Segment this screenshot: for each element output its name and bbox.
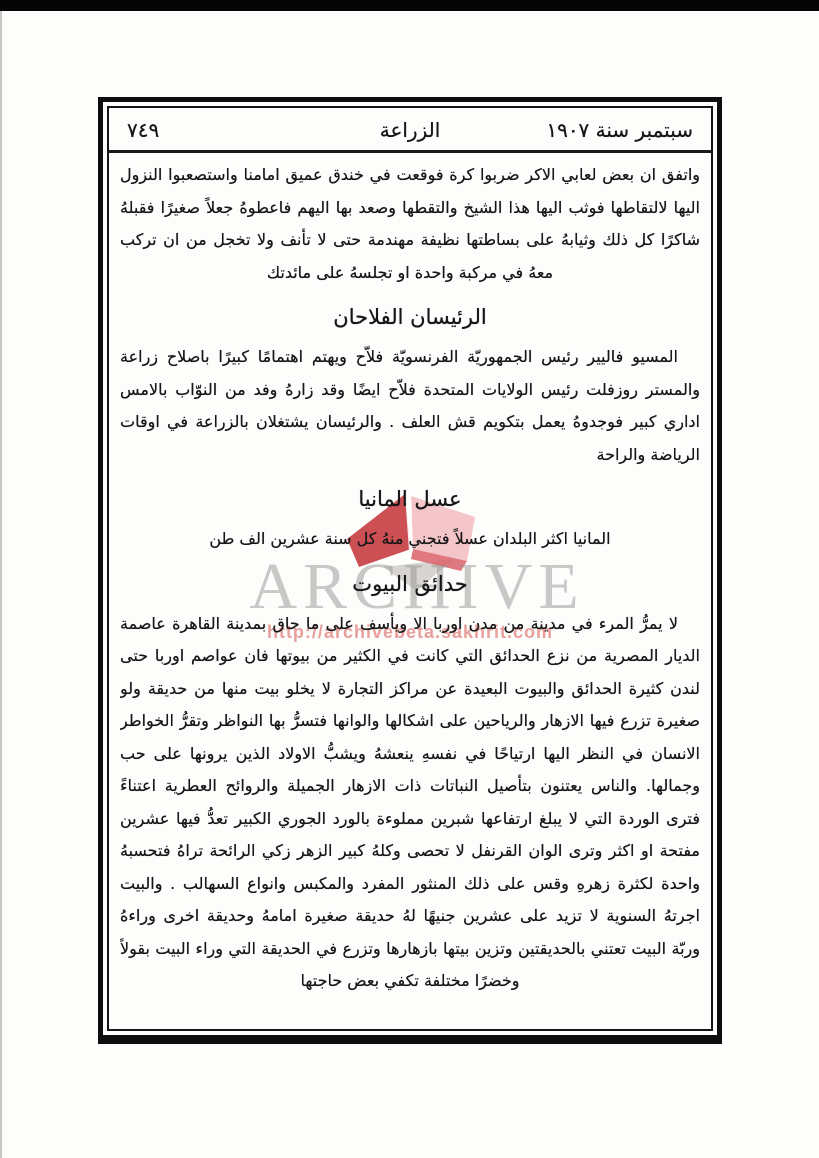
text-line: وربّة البيت تعتني بالحديقتين وتزين بيتها… (120, 933, 700, 966)
text-line: المانيا اكثر البلدان عسلاً فتجني منهُ كل… (120, 523, 700, 556)
text-line: لا يمرُّ المرء في مدينة من مدن اوربا الا… (120, 608, 700, 641)
text-line: الديار المصرية من نزع الحدائق التي كانت … (120, 640, 700, 673)
page-body: واتفق ان بعض لعابي الاكر ضربوا كرة فوقعت… (109, 153, 711, 998)
scanned-page: ARCHIVE http://archivebeta.sakhrit.com س… (0, 0, 819, 1158)
text-line: والمستر روزفلت رئيس الولايات المتحدة فلا… (120, 374, 700, 407)
text-line: وخضرًا مختلفة تكفي بعض حاجتها (120, 965, 700, 998)
text-line: اليها لالتقاطها فوثب اليها هذا الشيخ وال… (120, 192, 700, 225)
text-line: اجرتهُ السنوية لا تزيد على عشرين جنيهًا … (120, 900, 700, 933)
text-line: واحدة لكثرة زهرهِ وقس على ذلك المنثور ال… (120, 868, 700, 901)
text-line: صغيرة تزرع فيها الازهار والرياحين على اش… (120, 705, 700, 738)
page-inner-frame: سبتمبر سنة ١٩٠٧ الزراعة ٧٤٩ واتفق ان بعض… (107, 106, 713, 1031)
text-line: المسيو فاليير رئيس الجمهوريّة الفرنسويّة… (120, 341, 700, 374)
section-heading: عسل المانيا (120, 484, 700, 514)
header-page-number: ٧٤٩ (127, 117, 287, 143)
section-heading: الرئيسان الفلاحان (120, 302, 700, 332)
page-header: سبتمبر سنة ١٩٠٧ الزراعة ٧٤٩ (109, 108, 711, 153)
page-border-frame: سبتمبر سنة ١٩٠٧ الزراعة ٧٤٩ واتفق ان بعض… (98, 97, 722, 1044)
section-heading: حدائق البيوت (120, 569, 700, 599)
text-line: الانسان في النظر اليها ارتياحًا في نفسهِ… (120, 738, 700, 771)
text-line: فترى الوردة التي لا يبلغ ارتفاعها شبرين … (120, 803, 700, 836)
text-line: اداري كبير فوجدوهُ يعمل بتكويم قش العلف … (120, 406, 700, 439)
scan-top-bar (0, 0, 819, 11)
paragraph: واتفق ان بعض لعابي الاكر ضربوا كرة فوقعت… (120, 159, 700, 289)
text-line: واتفق ان بعض لعابي الاكر ضربوا كرة فوقعت… (120, 159, 700, 192)
scan-left-edge (0, 11, 2, 1158)
text-line: شاكرًا كل ذلك وثيابهُ على بساطتها نظيفة … (120, 224, 700, 257)
header-journal-title: الزراعة (287, 117, 533, 143)
paragraph: المانيا اكثر البلدان عسلاً فتجني منهُ كل… (120, 523, 700, 556)
paragraph: لا يمرُّ المرء في مدينة من مدن اوربا الا… (120, 608, 700, 998)
text-line: وجمالها. والناس يعتنون بتأصيل النباتات ذ… (120, 770, 700, 803)
text-line: لندن كثيرة الحدائق والبيوت البعيدة عن مر… (120, 673, 700, 706)
header-date: سبتمبر سنة ١٩٠٧ (533, 117, 693, 143)
paragraph: المسيو فاليير رئيس الجمهوريّة الفرنسويّة… (120, 341, 700, 471)
text-line: الرياضة والراحة (120, 439, 700, 472)
text-line: مفتحة او اكثر وترى الوان القرنفل لا تحصى… (120, 835, 700, 868)
text-line: معهُ في مركبة واحدة او تجلسهُ على مائدتك (120, 257, 700, 290)
